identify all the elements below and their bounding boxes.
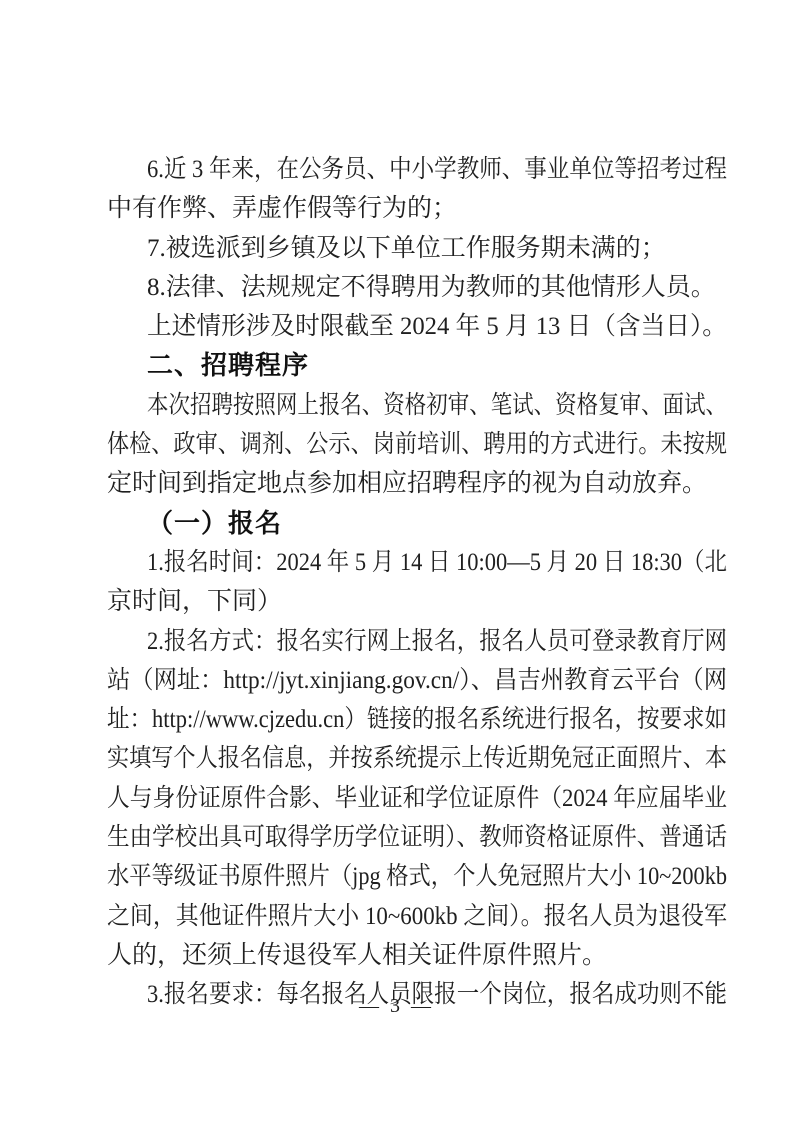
doc-text: 生由学校出具可取得学历学位证明）、教师资格证原件、普通话 xyxy=(107,818,727,857)
disqualify-item-6-line-2: 中有作弊、弄虚作假等行为的； xyxy=(107,189,727,228)
registration-method-line-8: 之间，其他证件照片大小 10~600kb 之间）。报名人员为退役军 xyxy=(107,897,727,936)
registration-method-line-9: 人的，还须上传退役军人相关证件原件照片。 xyxy=(107,936,727,975)
document-body: 6.近 3 年来，在公务员、中小学教师、事业单位等招考过程 中有作弊、弄虚作假等… xyxy=(107,150,727,1015)
doc-text: 站（网址：http://jyt.xinjiang.gov.cn/）、昌吉州教育云… xyxy=(107,661,727,700)
doc-text: 中有作弊、弄虚作假等行为的； xyxy=(107,189,457,228)
registration-method-line-3: 址：http://www.cjzedu.cn）链接的报名系统进行报名，按要求如 xyxy=(107,700,727,739)
doc-text: 6.近 3 年来，在公务员、中小学教师、事业单位等招考过程 xyxy=(147,150,727,189)
registration-method-line-6: 生由学校出具可取得学历学位证明）、教师资格证原件、普通话 xyxy=(107,818,727,857)
doc-text: 之间，其他证件照片大小 10~600kb 之间）。报名人员为退役军 xyxy=(107,897,727,936)
registration-method-line-2: 站（网址：http://jyt.xinjiang.gov.cn/）、昌吉州教育云… xyxy=(107,661,727,700)
doc-text: 人与身份证原件合影、毕业证和学位证原件（2024 年应届毕业 xyxy=(107,779,727,818)
doc-text: 体检、政审、调剂、公示、岗前培训、聘用的方式进行。未按规 xyxy=(107,425,727,464)
disqualify-item-6-line-1: 6.近 3 年来，在公务员、中小学教师、事业单位等招考过程 xyxy=(107,150,727,189)
section-heading-recruitment-procedure: 二、招聘程序 xyxy=(107,346,727,385)
page-number-text: — 3 — xyxy=(359,995,434,1017)
doc-text: 2.报名方式：报名实行网上报名，报名人员可登录教育厅网 xyxy=(147,622,727,661)
subsection-heading-registration: （一）报名 xyxy=(107,504,727,543)
heading-text: 二、招聘程序 xyxy=(147,346,309,385)
disqualify-item-7: 7.被选派到乡镇及以下单位工作服务期未满的； xyxy=(107,229,727,268)
heading-text: （一）报名 xyxy=(147,504,282,543)
doc-text: 人的，还须上传退役军人相关证件原件照片。 xyxy=(107,936,607,975)
registration-method-line-5: 人与身份证原件合影、毕业证和学位证原件（2024 年应届毕业 xyxy=(107,779,727,818)
procedure-overview-line-3: 定时间到指定地点参加相应招聘程序的视为自动放弃。 xyxy=(107,464,727,503)
doc-text: 京时间，下同） xyxy=(107,582,282,621)
procedure-overview-line-2: 体检、政审、调剂、公示、岗前培训、聘用的方式进行。未按规 xyxy=(107,425,727,464)
registration-method-line-4: 实填写个人报名信息，并按系统提示上传近期免冠正面照片、本 xyxy=(107,739,727,778)
page-number: — 3 — xyxy=(0,993,793,1019)
doc-text: 实填写个人报名信息，并按系统提示上传近期免冠正面照片、本 xyxy=(107,739,727,778)
doc-text: 1.报名时间：2024 年 5 月 14 日 10:00—5 月 20 日 18… xyxy=(147,543,727,582)
doc-text: 本次招聘按照网上报名、资格初审、笔试、资格复审、面试、 xyxy=(147,386,727,425)
doc-text: 址：http://www.cjzedu.cn）链接的报名系统进行报名，按要求如 xyxy=(107,700,727,739)
doc-text: 水平等级证书原件照片（jpg 格式，个人免冠照片大小 10~200kb xyxy=(107,857,727,896)
doc-text: 定时间到指定地点参加相应招聘程序的视为自动放弃。 xyxy=(107,464,707,503)
registration-method-line-1: 2.报名方式：报名实行网上报名，报名人员可登录教育厅网 xyxy=(107,622,727,661)
doc-text: 上述情形涉及时限截至 2024 年 5 月 13 日（含当日）。 xyxy=(147,307,727,346)
registration-time-line-1: 1.报名时间：2024 年 5 月 14 日 10:00—5 月 20 日 18… xyxy=(107,543,727,582)
document-page: 6.近 3 年来，在公务员、中小学教师、事业单位等招考过程 中有作弊、弄虚作假等… xyxy=(0,0,793,1122)
procedure-overview-line-1: 本次招聘按照网上报名、资格初审、笔试、资格复审、面试、 xyxy=(107,386,727,425)
doc-text: 8.法律、法规规定不得聘用为教师的其他情形人员。 xyxy=(147,268,716,307)
disqualify-item-8: 8.法律、法规规定不得聘用为教师的其他情形人员。 xyxy=(107,268,727,307)
registration-method-line-7: 水平等级证书原件照片（jpg 格式，个人免冠照片大小 10~200kb xyxy=(107,857,727,896)
doc-text: 7.被选派到乡镇及以下单位工作服务期未满的； xyxy=(147,229,666,268)
registration-time-line-2: 京时间，下同） xyxy=(107,582,727,621)
time-limit-note: 上述情形涉及时限截至 2024 年 5 月 13 日（含当日）。 xyxy=(107,307,727,346)
